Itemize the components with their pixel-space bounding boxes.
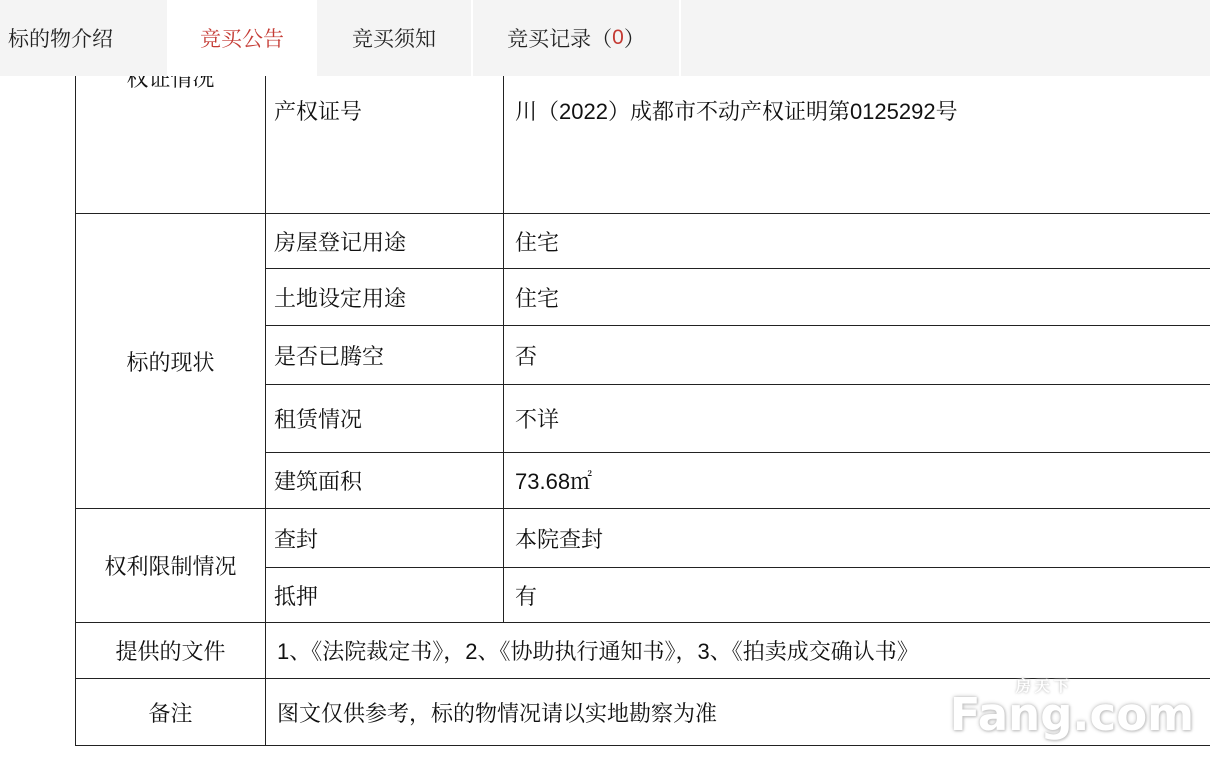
bidding-records-count: 0 bbox=[612, 26, 624, 50]
field-value-land-use: 住宅 bbox=[504, 269, 1210, 326]
tab-bidding-notice-label: 竞买须知 bbox=[352, 23, 436, 53]
field-label-house-use: 房屋登记用途 bbox=[266, 214, 504, 269]
tab-auction-announcement[interactable]: 竞买公告 bbox=[167, 0, 317, 76]
property-table: 权证情况 产权证号 川（2022）成都市不动产权证明第0125292号 标的现状… bbox=[75, 0, 1210, 746]
field-label-lease: 租赁情况 bbox=[266, 385, 504, 453]
tab-bar: 标的物介绍 竞买公告 竞买须知 竞买记录（0） bbox=[0, 0, 1210, 76]
tab-bidding-notice[interactable]: 竞买须知 bbox=[317, 0, 473, 76]
field-value-seizure: 本院查封 bbox=[504, 509, 1210, 568]
field-label-area: 建筑面积 bbox=[266, 453, 504, 509]
field-value-lease: 不详 bbox=[504, 385, 1210, 453]
field-value-area: 73.68㎡ bbox=[504, 453, 1210, 509]
tab-bidding-records-label-suffix: ） bbox=[624, 23, 645, 53]
field-label-seizure: 查封 bbox=[266, 509, 504, 568]
group-header-restrictions: 权利限制情况 bbox=[76, 509, 266, 623]
fang-watermark-logo: Fang.com bbox=[950, 692, 1194, 737]
tab-bidding-records[interactable]: 竞买记录（0） bbox=[473, 0, 681, 76]
field-value-house-use: 住宅 bbox=[504, 214, 1210, 269]
field-value-vacated: 否 bbox=[504, 326, 1210, 385]
row-header-remark: 备注 bbox=[76, 679, 266, 746]
field-value-mortgage: 有 bbox=[504, 568, 1210, 623]
fang-watermark: 房天下 Fang.com bbox=[950, 679, 1194, 737]
tab-subject-intro[interactable]: 标的物介绍 bbox=[0, 0, 167, 76]
row-header-documents: 提供的文件 bbox=[76, 623, 266, 679]
tab-subject-intro-label: 标的物介绍 bbox=[8, 23, 113, 53]
table-region: 权证情况 产权证号 川（2022）成都市不动产权证明第0125292号 标的现状… bbox=[0, 0, 1210, 760]
page: 权证情况 产权证号 川（2022）成都市不动产权证明第0125292号 标的现状… bbox=[0, 0, 1210, 760]
tab-auction-announcement-label: 竞买公告 bbox=[200, 23, 284, 53]
field-label-mortgage: 抵押 bbox=[266, 568, 504, 623]
tab-bar-filler bbox=[681, 0, 1210, 76]
row-value-documents: 1、《法院裁定书》，2、《协助执行通知书》，3、《拍卖成交确认书》 bbox=[266, 623, 1210, 679]
field-label-land-use: 土地设定用途 bbox=[266, 269, 504, 326]
tab-bidding-records-label: 竞买记录（ bbox=[507, 23, 612, 53]
field-label-vacated: 是否已腾空 bbox=[266, 326, 504, 385]
group-header-status: 标的现状 bbox=[76, 214, 266, 509]
